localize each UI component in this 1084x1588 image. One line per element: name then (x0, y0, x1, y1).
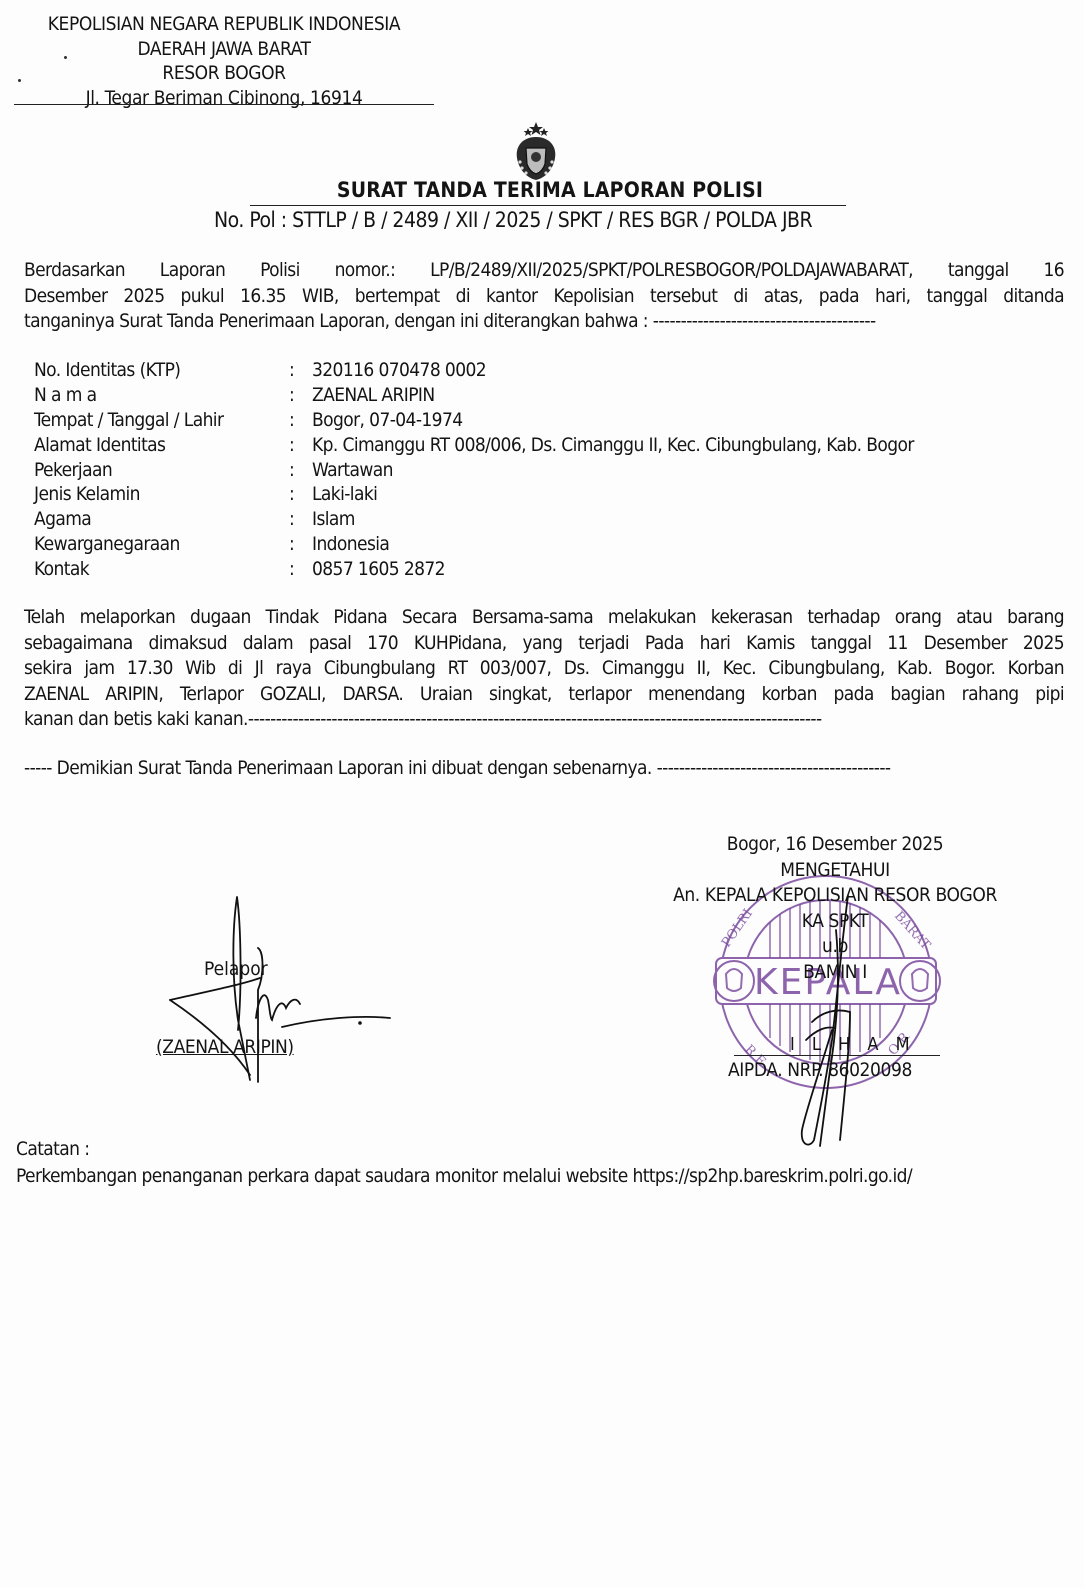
field-value: Bogor, 07-04-1974 (312, 408, 463, 433)
unit-label: KA SPKT (640, 909, 1030, 935)
intro-line: tanganinya Surat Tanda Penerimaan Lapora… (24, 309, 1064, 335)
field-label: Kewarganegaraan (34, 532, 289, 557)
title-rule (250, 205, 846, 206)
ub-label: u.b (640, 934, 1030, 960)
letterhead-address: Jl. Tegar Beriman Cibinong, 16914 (86, 86, 363, 111)
on-behalf-label: An. KEPALA KEPOLISIAN RESOR BOGOR (640, 883, 1030, 909)
letterhead-resort: RESOR BOGOR (14, 61, 434, 86)
field-label: Pekerjaan (34, 458, 289, 483)
field-colon: : (289, 532, 312, 557)
field-colon: : (289, 482, 312, 507)
field-label: Alamat Identitas (34, 433, 289, 458)
field-label: No. Identitas (KTP) (34, 358, 289, 383)
field-row-address: Alamat Identitas : Kp. Cimanggu RT 008/0… (34, 433, 914, 458)
field-value: 0857 1605 2872 (312, 557, 445, 582)
letterhead-rule (14, 104, 434, 105)
field-label: N a m a (34, 383, 289, 408)
field-colon: : (289, 383, 312, 408)
report-line: Telah melaporkan dugaan Tindak Pidana Se… (24, 605, 1064, 631)
field-label: Kontak (34, 557, 289, 582)
acknowledged-label: MENGETAHUI (640, 858, 1030, 884)
field-colon: : (289, 408, 312, 433)
report-line: sekira jam 17.30 Wib di Jl raya Cibungbu… (24, 656, 1064, 682)
intro-line: Berdasarkan Laporan Polisi nomor.: LP/B/… (24, 258, 1064, 284)
letterhead-region: DAERAH JAWA BARAT (14, 37, 434, 62)
position-label: BAMIN I (640, 960, 1030, 986)
intro-paragraph: Berdasarkan Laporan Polisi nomor.: LP/B/… (24, 258, 1064, 335)
letterhead: KEPOLISIAN NEGARA REPUBLIK INDONESIA DAE… (14, 12, 434, 110)
field-label: Tempat / Tanggal / Lahir (34, 408, 289, 433)
report-line: ZAENAL ARIPIN, Terlapor GOZALI, DARSA. U… (24, 682, 1064, 708)
field-value: Islam (312, 507, 355, 532)
field-colon: : (289, 507, 312, 532)
field-label: Agama (34, 507, 289, 532)
officer-signature-block: Bogor, 16 Desember 2025 MENGETAHUI An. K… (640, 832, 1030, 985)
police-emblem-icon (505, 120, 567, 182)
reporter-name: (ZAENAL ARIPIN) (156, 1036, 294, 1058)
officer-name-rule (734, 1055, 940, 1056)
closing-statement: ----- Demikian Surat Tanda Penerimaan La… (24, 756, 890, 782)
field-colon: : (289, 433, 312, 458)
field-row-gender: Jenis Kelamin : Laki-laki (34, 482, 914, 507)
note-label: Catatan : (16, 1136, 912, 1163)
scan-speck (18, 79, 21, 82)
reporter-role-label: Pelapor (204, 958, 268, 980)
field-value: 320116 070478 0002 (312, 358, 486, 383)
field-row-birth: Tempat / Tanggal / Lahir : Bogor, 07-04-… (34, 408, 914, 433)
field-label: Jenis Kelamin (34, 482, 289, 507)
field-value: Laki-laki (312, 482, 377, 507)
intro-line: Desember 2025 pukul 16.35 WIB, bertempat… (24, 284, 1064, 310)
note-section: Catatan : Perkembangan penanganan perkar… (16, 1136, 912, 1190)
field-row-ktp: No. Identitas (KTP) : 320116 070478 0002 (34, 358, 914, 383)
scan-speck (64, 56, 67, 59)
handwritten-signatures (0, 0, 1084, 1588)
field-value: Wartawan (312, 458, 393, 483)
report-line: kanan dan betis kaki kanan.-------------… (24, 707, 1064, 733)
reporter-identity-table: No. Identitas (KTP) : 320116 070478 0002… (34, 358, 914, 582)
document-title: SURAT TANDA TERIMA LAPORAN POLISI (250, 178, 850, 202)
field-value: ZAENAL ARIPIN (312, 383, 435, 408)
field-row-religion: Agama : Islam (34, 507, 914, 532)
field-colon: : (289, 458, 312, 483)
field-colon: : (289, 358, 312, 383)
report-paragraph: Telah melaporkan dugaan Tindak Pidana Se… (24, 605, 1064, 733)
officer-name: I L H A M (790, 1034, 916, 1055)
field-value: Indonesia (312, 532, 389, 557)
note-text: Perkembangan penanganan perkara dapat sa… (16, 1163, 912, 1190)
signing-place-date: Bogor, 16 Desember 2025 (640, 832, 1030, 858)
field-colon: : (289, 557, 312, 582)
field-row-citizenship: Kewarganegaraan : Indonesia (34, 532, 914, 557)
field-row-contact: Kontak : 0857 1605 2872 (34, 557, 914, 582)
field-value: Kp. Cimanggu RT 008/006, Ds. Cimanggu II… (312, 433, 914, 458)
officer-rank-nrp: AIPDA. NRP. 86020098 (728, 1059, 912, 1081)
field-row-occupation: Pekerjaan : Wartawan (34, 458, 914, 483)
report-line: sebagaimana dimaksud dalam pasal 170 KUH… (24, 631, 1064, 657)
document-number: No. Pol : STTLP / B / 2489 / XII / 2025 … (214, 208, 812, 232)
field-row-name: N a m a : ZAENAL ARIPIN (34, 383, 914, 408)
letterhead-institution: KEPOLISIAN NEGARA REPUBLIK INDONESIA (14, 12, 434, 37)
